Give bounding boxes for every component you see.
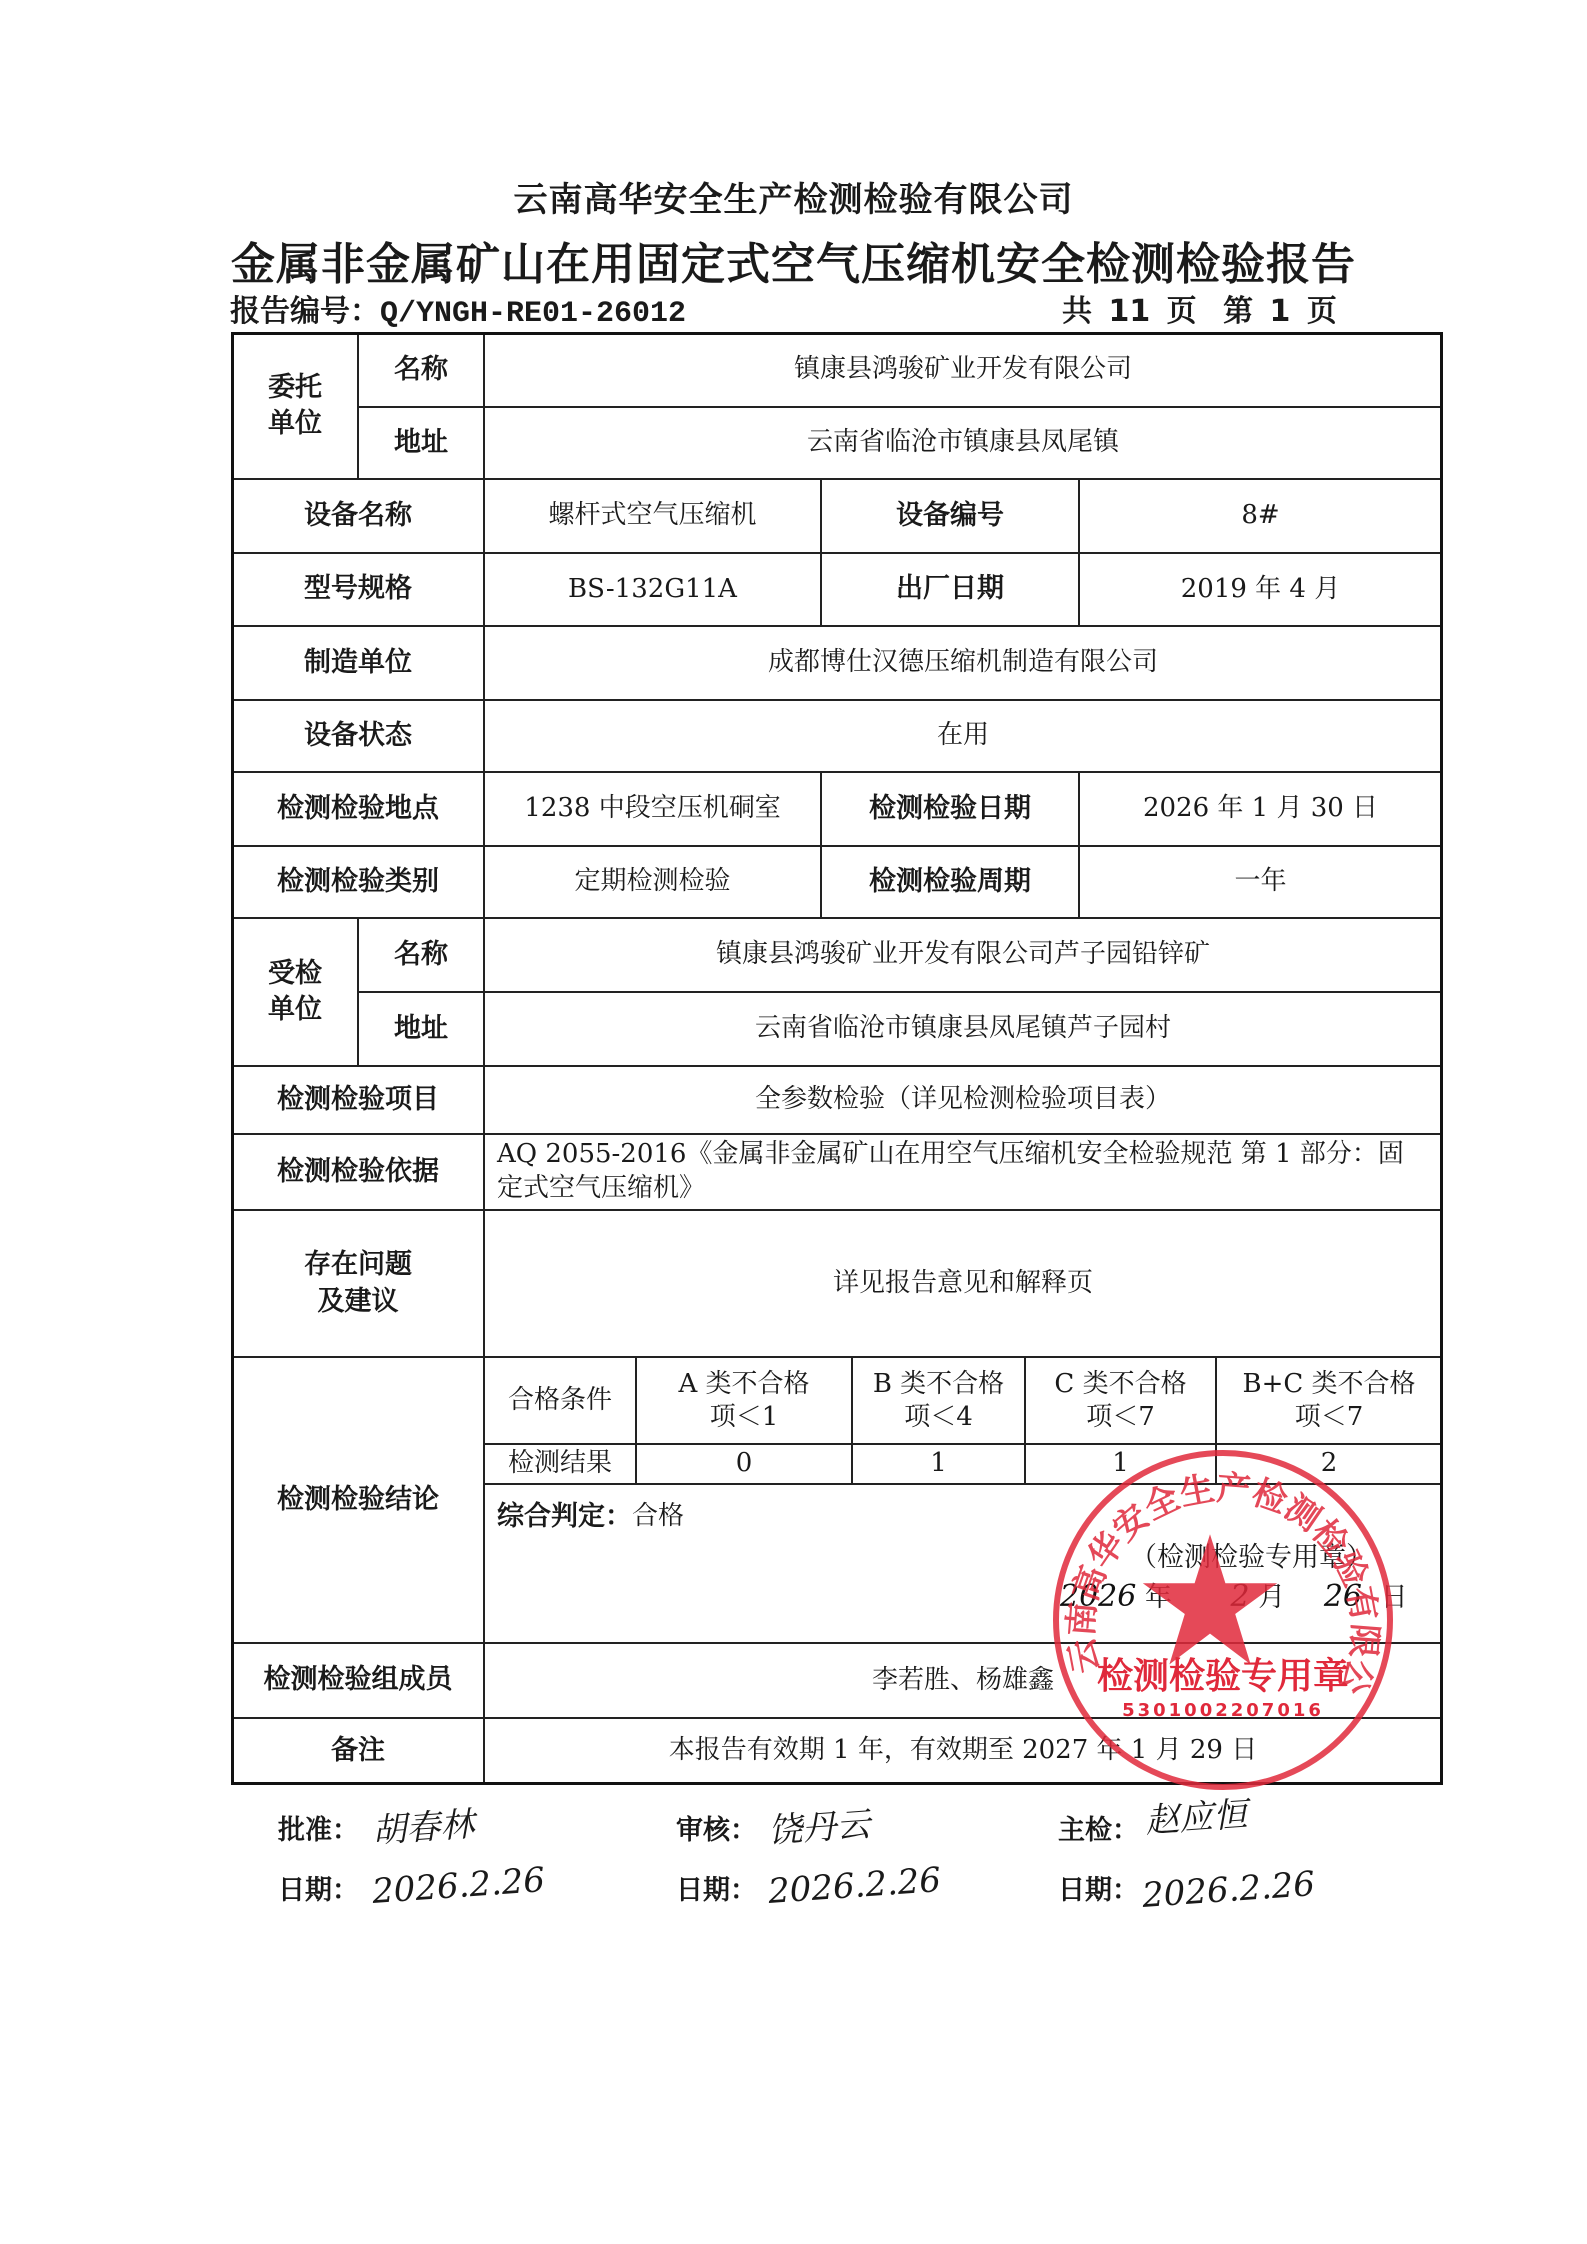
- result-b: 1: [851, 1443, 1026, 1485]
- manufacture-date-label: 出厂日期: [820, 552, 1080, 627]
- client-address-label: 地址: [357, 406, 485, 480]
- criteria-label: 合格条件: [483, 1356, 637, 1445]
- criteria-bc: B+C 类不合格 项＜7: [1215, 1356, 1443, 1445]
- inspected-name-label: 名称: [357, 917, 485, 993]
- review-signature: 饶丹云: [766, 1797, 871, 1853]
- report-title: 金属非金属矿山在用固定式空气压缩机安全检测检验报告: [0, 228, 1587, 292]
- remarks-label: 备注: [231, 1717, 485, 1785]
- review-date-label: 日期：: [676, 1868, 757, 1907]
- location-label: 检测检验地点: [231, 771, 485, 847]
- chief-label: 主检：: [1058, 1808, 1139, 1847]
- approve-date-label: 日期：: [278, 1868, 359, 1907]
- company-name: 云南高华安全生产检测检验有限公司: [0, 172, 1587, 221]
- basis-label: 检测检验依据: [231, 1133, 485, 1211]
- criteria-c: C 类不合格 项＜7: [1024, 1356, 1217, 1445]
- chief-date-label: 日期：: [1058, 1868, 1139, 1907]
- client-address: 云南省临沧市镇康县凤尾镇: [483, 406, 1443, 480]
- criteria-a: A 类不合格 项＜1: [635, 1356, 853, 1445]
- stamp-center-text: 检测检验专用章: [1053, 1648, 1393, 1699]
- issues-suggestions: 详见报告意见和解释页: [483, 1209, 1443, 1358]
- result-label: 检测结果: [483, 1443, 637, 1485]
- members-label: 检测检验组成员: [231, 1642, 485, 1719]
- inspection-date-label: 检测检验日期: [820, 771, 1080, 847]
- cycle: 一年: [1078, 845, 1443, 919]
- manufacturer: 成都博仕汉德压缩机制造有限公司: [483, 625, 1443, 701]
- report-number-label: 报告编号：: [230, 294, 380, 329]
- category-label: 检测检验类别: [231, 845, 485, 919]
- inspected-address: 云南省临沧市镇康县凤尾镇芦子园村: [483, 991, 1443, 1067]
- category: 定期检测检验: [483, 845, 822, 919]
- result-a: 0: [635, 1443, 853, 1485]
- client-group-label: 委托 单位: [231, 332, 359, 480]
- approve-date: 2026.2.26: [371, 1860, 546, 1912]
- overall-value: 合格: [632, 1499, 684, 1534]
- equipment-name-label: 设备名称: [231, 478, 485, 554]
- equipment-no: 8#: [1078, 478, 1443, 554]
- review-label: 审核：: [676, 1808, 757, 1847]
- manufacturer-label: 制造单位: [231, 625, 485, 701]
- equipment-status: 在用: [483, 699, 1443, 773]
- client-name-label: 名称: [357, 332, 485, 408]
- total-pages: 共 11 页: [1062, 294, 1197, 329]
- current-page: 第 1 页: [1223, 294, 1337, 329]
- inspected-name: 镇康县鸿骏矿业开发有限公司芦子园铅锌矿: [483, 917, 1443, 993]
- manufacture-date: 2019 年 4 月: [1078, 552, 1443, 627]
- client-name: 镇康县鸿骏矿业开发有限公司: [483, 332, 1443, 408]
- approve-label: 批准：: [278, 1808, 359, 1847]
- criteria-b: B 类不合格 项＜4: [851, 1356, 1026, 1445]
- report-number: 报告编号：Q/YNGH-RE01-26012: [230, 286, 686, 331]
- inspection-items: 全参数检验（详见检测检验项目表）: [483, 1065, 1443, 1135]
- approve-signature: 胡春林: [370, 1797, 475, 1853]
- items-label: 检测检验项目: [231, 1065, 485, 1135]
- page-indicator: 共 11 页 第 1 页: [1062, 286, 1347, 330]
- inspected-group-label: 受检 单位: [231, 917, 359, 1067]
- conclusion-label: 检测检验结论: [231, 1356, 485, 1644]
- inspected-address-label: 地址: [357, 991, 485, 1067]
- stamp-number: 5301002207016: [1053, 1700, 1393, 1721]
- model: BS-132G11A: [483, 552, 822, 627]
- inspection-basis: AQ 2055-2016《金属非金属矿山在用空气压缩机安全检验规范 第 1 部分…: [483, 1133, 1443, 1211]
- chief-signature: 赵应恒: [1143, 1787, 1248, 1843]
- equipment-no-label: 设备编号: [820, 478, 1080, 554]
- issues-label: 存在问题 及建议: [231, 1209, 485, 1358]
- equipment-name: 螺杆式空气压缩机: [483, 478, 822, 554]
- report-number-value: Q/YNGH-RE01-26012: [380, 297, 686, 331]
- overall-label: 综合判定：: [497, 1499, 632, 1535]
- cycle-label: 检测检验周期: [820, 845, 1080, 919]
- inspection-date: 2026 年 1 月 30 日: [1078, 771, 1443, 847]
- review-date: 2026.2.26: [767, 1860, 942, 1912]
- model-label: 型号规格: [231, 552, 485, 627]
- chief-date: 2026.2.26: [1141, 1864, 1316, 1916]
- status-label: 设备状态: [231, 699, 485, 773]
- location: 1238 中段空压机硐室: [483, 771, 822, 847]
